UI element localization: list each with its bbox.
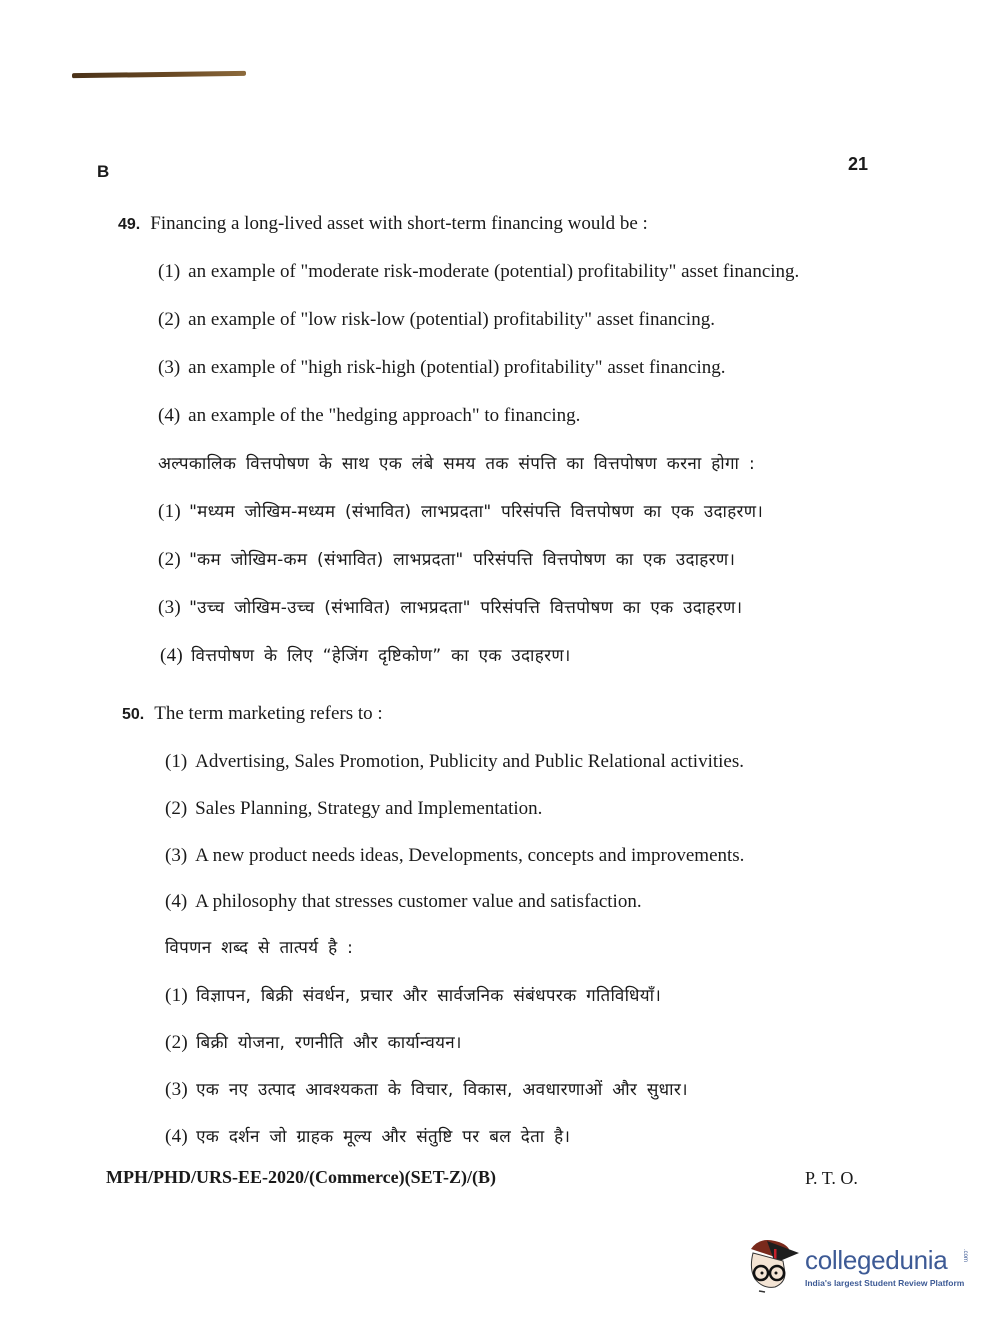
option-hi-1: (1)विज्ञापन, बिक्री संवर्धन, प्रचार और स… bbox=[165, 984, 661, 1008]
page-number: 21 bbox=[848, 154, 868, 175]
option-number: (4) bbox=[158, 405, 180, 426]
question-number: 49. bbox=[118, 216, 140, 233]
question-stem-hi: विपणन शब्द से तात्पर्य है : bbox=[165, 936, 353, 960]
option-text: an example of "high risk-high (potential… bbox=[188, 357, 725, 378]
option-hi-2: (2)बिक्री योजना, रणनीति और कार्यान्वयन। bbox=[165, 1031, 462, 1055]
option-text: एक दर्शन जो ग्राहक मूल्य और संतुष्टि पर … bbox=[196, 1127, 570, 1147]
option-en-2: (2)Sales Planning, Strategy and Implemen… bbox=[165, 797, 542, 821]
option-hi-4: (4)वित्तपोषण के लिए “हेजिंग दृष्टिकोण” क… bbox=[160, 644, 571, 668]
option-text: an example of the "hedging approach" to … bbox=[188, 405, 580, 426]
option-text: विज्ञापन, बिक्री संवर्धन, प्रचार और सार्… bbox=[196, 986, 661, 1006]
option-en-3: (3)an example of "high risk-high (potent… bbox=[158, 356, 726, 380]
option-number: (4) bbox=[165, 1126, 188, 1147]
please-turn-over: P. T. O. bbox=[805, 1168, 858, 1189]
brand-tagline: India's largest Student Review Platform bbox=[805, 1278, 964, 1288]
option-en-4: (4)an example of the "hedging approach" … bbox=[158, 404, 580, 428]
option-number: (2) bbox=[165, 798, 187, 819]
brand-tld: .com bbox=[962, 1249, 968, 1262]
set-letter: B bbox=[97, 162, 109, 182]
option-text: Sales Planning, Strategy and Implementat… bbox=[195, 798, 542, 819]
option-text: A philosophy that stresses customer valu… bbox=[195, 891, 641, 912]
option-text: "उच्च जोखिम-उच्च (संभावित) लाभप्रदता" पर… bbox=[189, 598, 742, 618]
option-hi-3: (3)"उच्च जोखिम-उच्च (संभावित) लाभप्रदता"… bbox=[158, 596, 742, 620]
option-number: (4) bbox=[165, 891, 187, 912]
brand-name: collegedunia bbox=[805, 1245, 947, 1276]
option-text: एक नए उत्पाद आवश्यकता के विचार, विकास, अ… bbox=[196, 1080, 688, 1100]
paper-code: MPH/PHD/URS-EE-2020/(Commerce)(SET-Z)/(B… bbox=[106, 1167, 496, 1188]
option-number: (1) bbox=[165, 985, 188, 1006]
option-en-1: (1)an example of "moderate risk-moderate… bbox=[158, 260, 799, 284]
option-number: (2) bbox=[158, 309, 180, 330]
question-number: 50. bbox=[122, 706, 144, 723]
mascot-icon bbox=[745, 1235, 801, 1293]
option-number: (2) bbox=[165, 1032, 188, 1053]
option-number: (1) bbox=[158, 501, 181, 522]
option-hi-1: (1)"मध्यम जोखिम-मध्यम (संभावित) लाभप्रदत… bbox=[158, 500, 763, 524]
option-number: (3) bbox=[165, 845, 187, 866]
option-text: "कम जोखिम-कम (संभावित) लाभप्रदता" परिसंप… bbox=[189, 550, 735, 570]
option-text: an example of "moderate risk-moderate (p… bbox=[188, 261, 799, 282]
option-number: (1) bbox=[165, 751, 187, 772]
option-text: वित्तपोषण के लिए “हेजिंग दृष्टिकोण” का ए… bbox=[191, 646, 571, 666]
option-text: an example of "low risk-low (potential) … bbox=[188, 309, 715, 330]
option-en-4: (4)A philosophy that stresses customer v… bbox=[165, 890, 642, 914]
question-text: Financing a long-lived asset with short-… bbox=[150, 213, 648, 234]
option-text: Advertising, Sales Promotion, Publicity … bbox=[195, 751, 744, 772]
option-number: (2) bbox=[158, 549, 181, 570]
option-en-3: (3)A new product needs ideas, Developmen… bbox=[165, 844, 744, 868]
question-text: The term marketing refers to : bbox=[154, 703, 382, 724]
question-stem-en: 49.Financing a long-lived asset with sho… bbox=[118, 212, 648, 237]
option-number: (3) bbox=[158, 357, 180, 378]
option-text: बिक्री योजना, रणनीति और कार्यान्वयन। bbox=[196, 1033, 462, 1053]
question-stem-hi: अल्पकालिक वित्तपोषण के साथ एक लंबे समय त… bbox=[158, 452, 755, 476]
option-text: A new product needs ideas, Developments,… bbox=[195, 845, 744, 866]
option-number: (4) bbox=[160, 645, 183, 666]
option-en-2: (2)an example of "low risk-low (potentia… bbox=[158, 308, 715, 332]
option-number: (3) bbox=[158, 597, 181, 618]
collegedunia-watermark: collegedunia .com India's largest Studen… bbox=[745, 1235, 970, 1295]
option-text: "मध्यम जोखिम-मध्यम (संभावित) लाभप्रदता" … bbox=[189, 502, 763, 522]
scan-edge-mark bbox=[72, 71, 246, 78]
option-number: (1) bbox=[158, 261, 180, 282]
option-number: (3) bbox=[165, 1079, 188, 1100]
question-stem-en: 50.The term marketing refers to : bbox=[122, 702, 383, 727]
option-hi-4: (4)एक दर्शन जो ग्राहक मूल्य और संतुष्टि … bbox=[165, 1125, 570, 1149]
option-hi-2: (2)"कम जोखिम-कम (संभावित) लाभप्रदता" परि… bbox=[158, 548, 735, 572]
option-en-1: (1)Advertising, Sales Promotion, Publici… bbox=[165, 750, 744, 774]
option-hi-3: (3)एक नए उत्पाद आवश्यकता के विचार, विकास… bbox=[165, 1078, 688, 1102]
